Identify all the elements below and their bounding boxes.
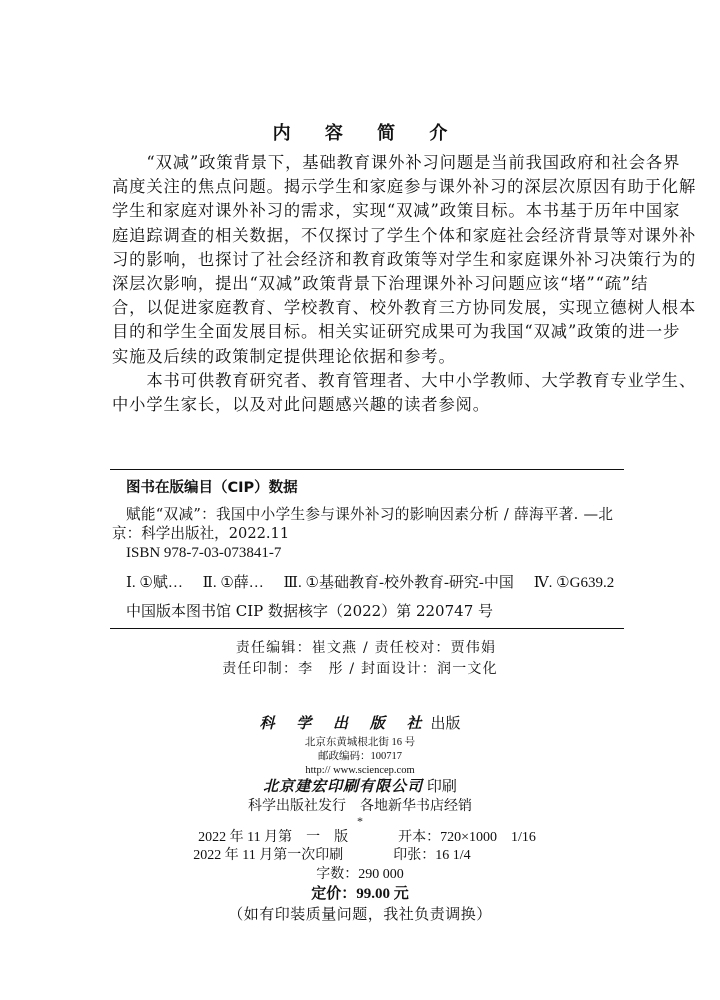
publisher-postcode: 邮政编码：100717 xyxy=(0,750,720,764)
printing-date: 2022 年 11 月第一次印刷 xyxy=(193,847,393,865)
text-line: 习的影响，也探讨了社会经济和教育政策等对学生和家庭课外补习决策行为的 xyxy=(112,248,624,272)
text-line: 高度关注的焦点问题。揭示学生和家庭参与课外补习的深层次原因有助于化解 xyxy=(112,175,624,199)
printing-row: 2022 年 11 月第一次印刷印张：16 1/4 xyxy=(0,847,720,865)
editors-line: 责任编辑：崔文燕 / 责任校对：贾伟娟 xyxy=(0,638,720,658)
cip-classification: Ⅰ. ①赋… Ⅱ. ①薛… Ⅲ. ①基础教育-校外教育-研究-中国 Ⅳ. ①G6… xyxy=(126,572,630,594)
text-line: 中小学生家长，以及对此问题感兴趣的读者参阅。 xyxy=(112,393,624,417)
text-line: “双减”政策背景下，基础教育课外补习问题是当前我国政府和社会各界 xyxy=(112,151,624,175)
text-line: 庭追踪调查的相关数据，不仅探讨了学生个体和家庭社会经济背景等对课外补 xyxy=(112,224,624,248)
cip-class-item: Ⅳ. ①G639.2 xyxy=(534,575,615,591)
publisher-address: 北京东黄城根北街 16 号 xyxy=(0,736,720,750)
summary-paragraph-2: 本书可供教育研究者、教育管理者、大中小学教师、大学教育专业学生、 中小学生家长，… xyxy=(112,369,624,417)
text-line: 目的和学生全面发展目标。相关实证研究成果可为我国“双减”政策的进一步 xyxy=(112,320,624,344)
cip-number: 中国版本图书馆 CIP 数据核字（2022）第 220747 号 xyxy=(126,601,493,621)
quality-note: （如有印装质量问题，我社负责调换） xyxy=(0,904,720,924)
cip-class-item: Ⅲ. ①基础教育-校外教育-研究-中国 xyxy=(284,575,514,591)
edition-row: 2022 年 11 月第 一 版开本：720×1000 1/16 xyxy=(0,829,720,847)
printer: 北京建宏印刷有限公司 印刷 xyxy=(0,777,720,797)
text-line: 实施及后续的政策制定提供理论依据和参考。 xyxy=(112,345,624,369)
price: 定价：99.00 元 xyxy=(0,884,720,904)
publisher: 科 学 出 版 社出版 xyxy=(0,714,720,734)
cip-heading: 图书在版编目（CIP）数据 xyxy=(126,478,298,498)
print-sheets: 印张：16 1/4 xyxy=(393,847,470,865)
cip-record-line-2: 京：科学出版社，2022.11 xyxy=(112,524,289,544)
cip-isbn: ISBN 978-7-03-073841-7 xyxy=(126,543,281,563)
edition-date: 2022 年 11 月第 一 版 xyxy=(198,829,398,847)
production-line: 责任印制：李 彤 / 封面设计：润一文化 xyxy=(0,659,720,679)
publisher-suffix: 出版 xyxy=(431,716,461,732)
text-line: 学生和家庭对课外补习的需求，实现“双减”政策目标。本书基于历年中国家 xyxy=(112,199,624,223)
printer-suffix: 印刷 xyxy=(423,779,457,795)
cip-class-item: Ⅱ. ①薛… xyxy=(203,575,264,591)
separator-star: * xyxy=(0,815,720,827)
summary-paragraph-1: “双减”政策背景下，基础教育课外补习问题是当前我国政府和社会各界 高度关注的焦点… xyxy=(112,151,624,369)
printer-name: 北京建宏印刷有限公司 xyxy=(263,779,423,795)
publisher-logo: 科 学 出 版 社 xyxy=(259,716,430,732)
text-line: 本书可供教育研究者、教育管理者、大中小学教师、大学教育专业学生、 xyxy=(112,369,624,393)
content-summary: “双减”政策背景下，基础教育课外补习问题是当前我国政府和社会各界 高度关注的焦点… xyxy=(112,151,624,417)
text-line: 合，以促进家庭教育、学校教育、校外教育三方协同发展，实现立德树人根本 xyxy=(112,296,624,320)
publisher-url: http:// www.sciencep.com xyxy=(0,764,720,778)
cip-record-line-1: 赋能“双减”：我国中小学生参与课外补习的影响因素分析 / 薛海平著. —北 xyxy=(126,505,613,525)
page-title: 内 容 简 介 xyxy=(0,122,720,146)
word-count: 字数：290 000 xyxy=(0,866,720,884)
cip-class-item: Ⅰ. ①赋… xyxy=(126,575,183,591)
book-format: 开本：720×1000 1/16 xyxy=(398,829,536,847)
cip-bottom-rule xyxy=(110,628,624,629)
text-line: 深层次影响，提出“双减”政策背景下治理课外补习问题应该“堵”“疏”结 xyxy=(112,272,624,296)
cip-top-rule xyxy=(110,469,624,470)
